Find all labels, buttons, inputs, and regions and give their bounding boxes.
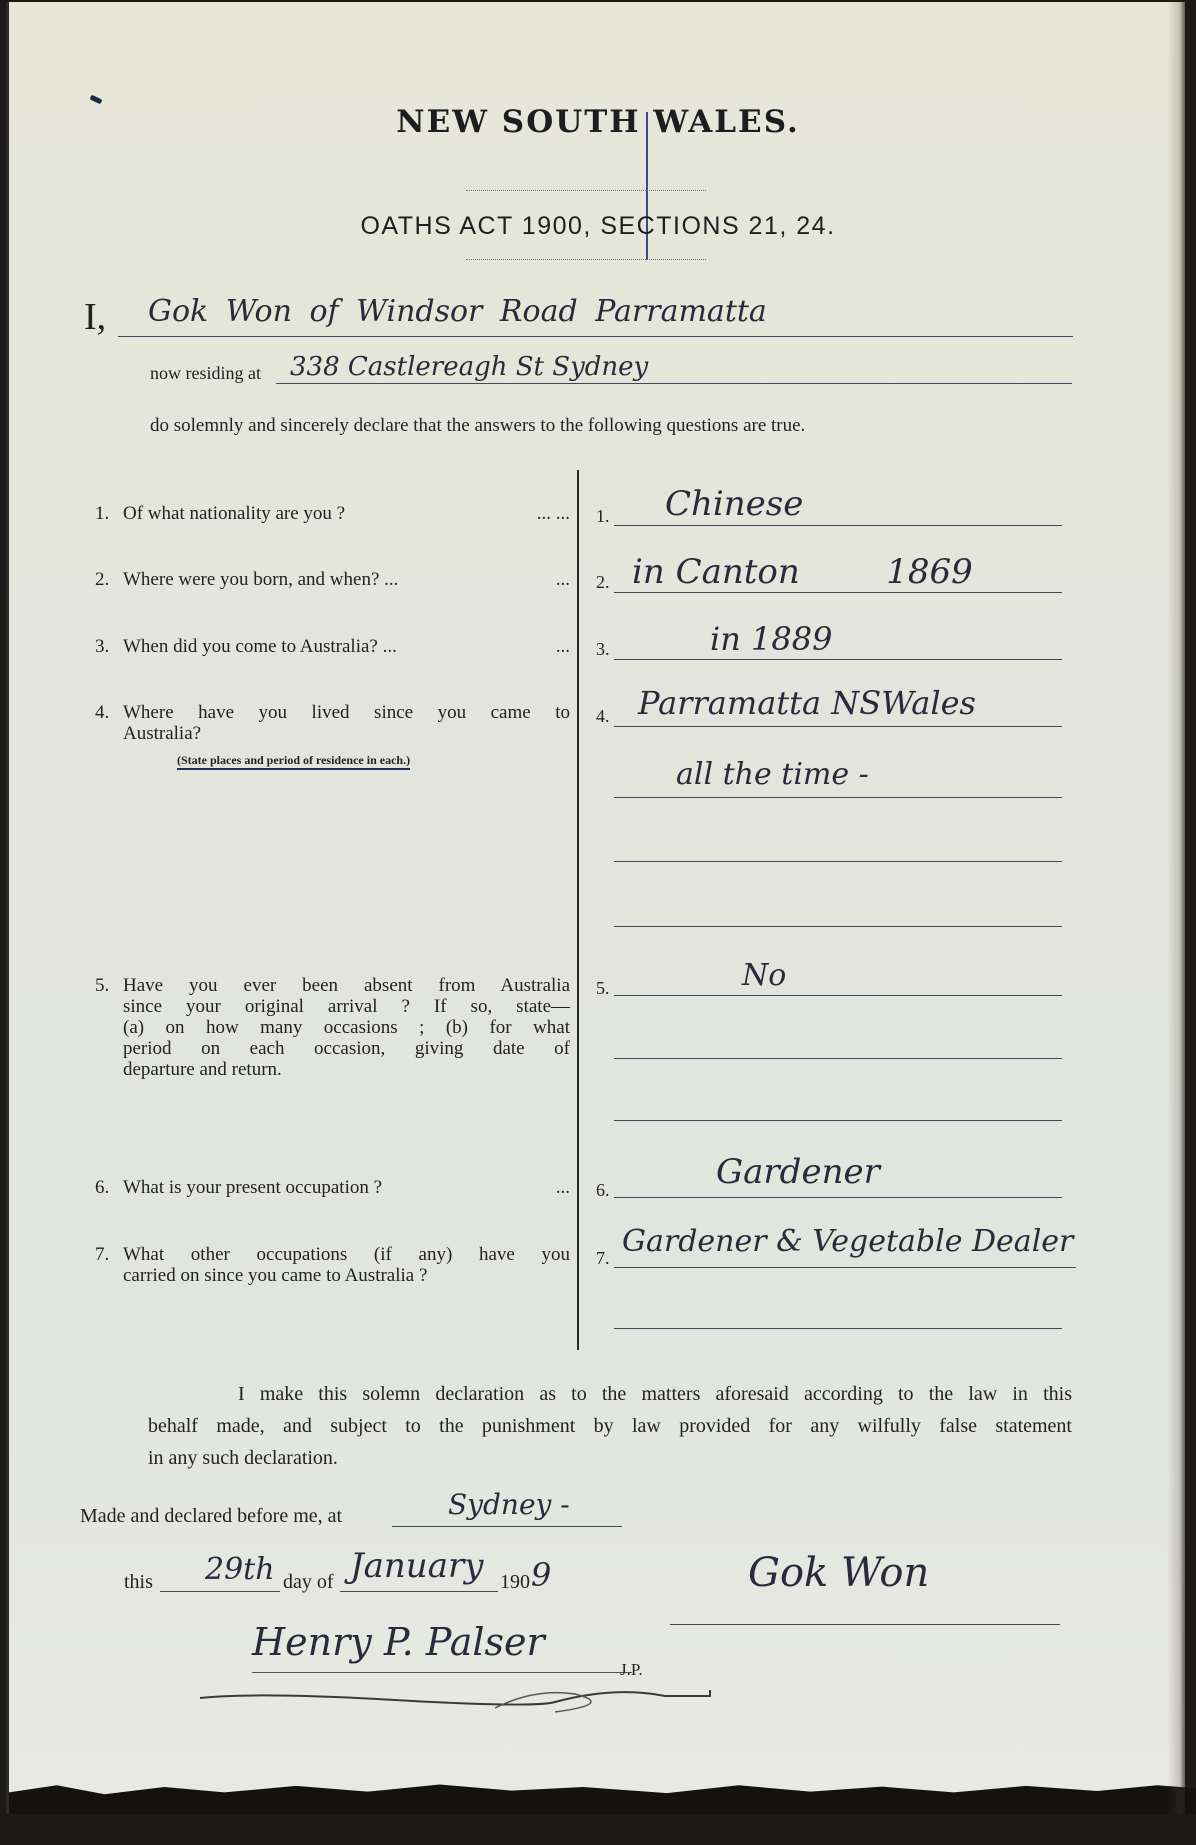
this-label: this xyxy=(124,1566,153,1598)
day-of-label: day of xyxy=(283,1566,334,1598)
answer-4-number: 4. xyxy=(596,706,610,727)
question-4: 4.Where have you lived since you came to… xyxy=(95,702,570,744)
answer-5-line xyxy=(614,995,1062,996)
question-7: 7.What other occupations (if any) have y… xyxy=(95,1244,570,1286)
torn-edge xyxy=(9,1778,1196,1814)
page-title: NEW SOUTH WALES. xyxy=(0,104,1196,140)
jp-signature[interactable]: Henry P. Palser xyxy=(252,1620,545,1664)
document-page xyxy=(6,2,1185,1814)
answer-4-line xyxy=(614,726,1062,727)
answer-6-number: 6. xyxy=(596,1180,610,1201)
answer-3-number: 3. xyxy=(596,639,610,660)
answer-5-line-2 xyxy=(614,1058,1062,1059)
declaration-intro: do solemnly and sincerely declare that t… xyxy=(150,415,805,437)
residing-label: now residing at xyxy=(150,363,261,384)
answer-5-line-3 xyxy=(614,1120,1062,1121)
answer-4-field[interactable]: Parramatta NSWales xyxy=(638,684,976,722)
answer-3-field[interactable]: in 1889 xyxy=(710,620,832,658)
answer-6-line xyxy=(614,1197,1062,1198)
answer-4-line-2 xyxy=(614,797,1062,798)
divider xyxy=(466,259,706,262)
column-divider xyxy=(577,470,579,1350)
declarant-signature-line xyxy=(670,1624,1060,1625)
answer-1-number: 1. xyxy=(596,506,610,527)
answer-7-field[interactable]: Gardener & Vegetable Dealer xyxy=(622,1224,1073,1259)
declarant-prefix: I, xyxy=(84,295,106,339)
question-1: 1.Of what nationality are you ? ... ... xyxy=(95,503,570,524)
question-5: 5.Have you ever been absent from Austral… xyxy=(95,975,570,1080)
year-suffix-field[interactable]: 9 xyxy=(531,1556,551,1594)
day-field-line xyxy=(160,1591,280,1592)
answer-7-number: 7. xyxy=(596,1248,610,1269)
divider xyxy=(466,190,706,193)
declarant-name-field[interactable]: Gok Won of Windsor Road Parramatta xyxy=(148,294,767,329)
signature-flourish xyxy=(195,1680,715,1720)
answer-4-line-4 xyxy=(614,926,1062,927)
month-field[interactable]: January xyxy=(350,1546,483,1586)
place-field[interactable]: Sydney - xyxy=(448,1488,570,1521)
answer-6-field[interactable]: Gardener xyxy=(716,1152,880,1192)
answer-3-line xyxy=(614,659,1062,660)
question-2: 2.Where were you born, and when? ... ... xyxy=(95,569,570,590)
question-4-note: (State places and period of residence in… xyxy=(177,753,410,770)
month-field-line xyxy=(340,1591,498,1592)
answer-7-line-2 xyxy=(614,1328,1062,1329)
name-field-line xyxy=(118,336,1073,337)
answer-2-number: 2. xyxy=(596,572,610,593)
place-field-line xyxy=(392,1526,622,1527)
answer-2-line xyxy=(614,592,1062,593)
made-declared-label: Made and declared before me, at xyxy=(80,1500,342,1532)
residing-field[interactable]: 338 Castlereagh St Sydney xyxy=(290,352,648,382)
answer-4-field-2[interactable]: all the time - xyxy=(676,757,869,792)
declarant-signature[interactable]: Gok Won xyxy=(748,1550,929,1596)
residing-field-line xyxy=(276,383,1072,384)
answer-1-line xyxy=(614,525,1062,526)
answer-7-line xyxy=(614,1267,1076,1268)
answer-5-number: 5. xyxy=(596,978,610,999)
answer-2-field[interactable]: in Canton 1869 xyxy=(632,552,973,592)
answer-1-field[interactable]: Chinese xyxy=(665,484,803,524)
question-3: 3.When did you come to Australia? ... ..… xyxy=(95,636,570,657)
question-6: 6.What is your present occupation ? ... xyxy=(95,1177,570,1198)
answer-4-line-3 xyxy=(614,861,1062,862)
solemn-declaration: I make this solemn declaration as to the… xyxy=(148,1378,1072,1474)
page-subtitle: OATHS ACT 1900, SECTIONS 21, 24. xyxy=(0,212,1196,241)
day-field[interactable]: 29th xyxy=(205,1552,275,1587)
year-prefix: 190 xyxy=(500,1566,530,1598)
answer-5-field[interactable]: No xyxy=(742,958,786,993)
jp-signature-line xyxy=(252,1672,632,1673)
